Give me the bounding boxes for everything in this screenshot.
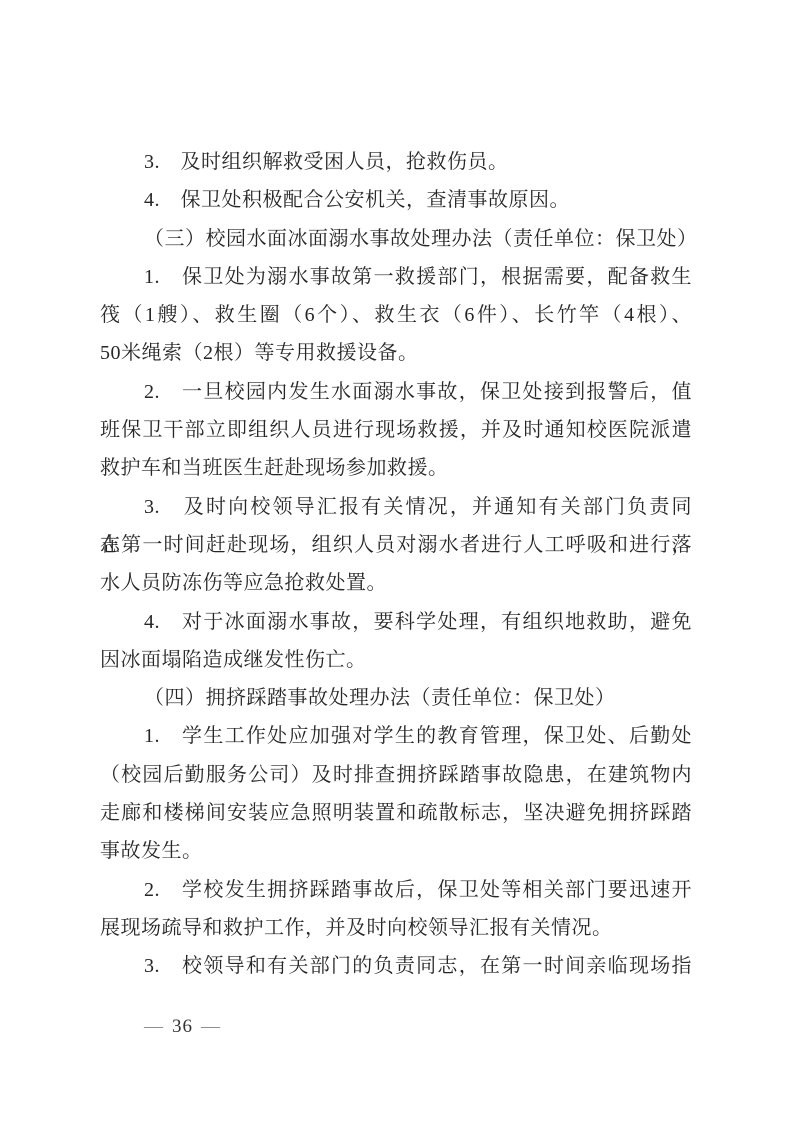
document-page: 3. 及时组织解救受困人员，抢救伤员。 4. 保卫处积极配合公安机关，查清事故原… xyxy=(0,0,793,1122)
body-line: 走廊和楼梯间安装应急照明装置和疏散标志，坚决避免拥挤踩踏 xyxy=(100,794,692,832)
list-item-line: 1. 保卫处为溺水事故第一救援部门，根据需要，配备救生 xyxy=(100,258,692,296)
body-line: 展现场疏导和救护工作，并及时向校领导汇报有关情况。 xyxy=(100,909,692,947)
page-number-dash: — xyxy=(138,1016,170,1037)
body-line: 水人员防冻伤等应急抢救处置。 xyxy=(100,564,692,602)
body-line: （校园后勤服务公司）及时排查拥挤踩踏事故隐患，在建筑物内 xyxy=(100,756,692,794)
body-line: 因冰面塌陷造成继发性伤亡。 xyxy=(100,641,692,679)
section-heading: （四）拥挤踩踏事故处理办法（责任单位：保卫处） xyxy=(100,679,692,717)
body-line: 筏（1艘）、救生圈（6个）、救生衣（6件）、长竹竿（4根）、 xyxy=(100,296,692,334)
list-item-line: 4. 对于冰面溺水事故，要科学处理，有组织地救助，避免 xyxy=(100,603,692,641)
page-number-value: 36 xyxy=(170,1016,195,1037)
page-number: —36— xyxy=(138,1014,227,1040)
list-item-line: 3. 校领导和有关部门的负责同志，在第一时间亲临现场指 xyxy=(100,947,692,985)
page-number-dash: — xyxy=(195,1016,227,1037)
list-item-line: 4. 保卫处积极配合公安机关，查清事故原因。 xyxy=(100,181,692,219)
body-line: 事故发生。 xyxy=(100,832,692,870)
list-item-line: 2. 学校发生拥挤踩踏事故后，保卫处等相关部门要迅速开 xyxy=(100,871,692,909)
body-line: 50米绳索（2根）等专用救援设备。 xyxy=(100,334,692,372)
list-item-line: 3. 及时组织解救受困人员，抢救伤员。 xyxy=(100,143,692,181)
body-line: 在第一时间赶赴现场，组织人员对溺水者进行人工呼吸和进行落 xyxy=(100,526,692,564)
section-heading: （三）校园水面冰面溺水事故处理办法（责任单位：保卫处） xyxy=(100,220,692,258)
list-item-line: 1. 学生工作处应加强对学生的教育管理，保卫处、后勤处 xyxy=(100,717,692,755)
document-body: 3. 及时组织解救受困人员，抢救伤员。 4. 保卫处积极配合公安机关，查清事故原… xyxy=(100,143,692,986)
list-item-line: 2. 一旦校园内发生水面溺水事故，保卫处接到报警后，值 xyxy=(100,373,692,411)
body-line: 班保卫干部立即组织人员进行现场救援，并及时通知校医院派遣 xyxy=(100,411,692,449)
body-line: 救护车和当班医生赶赴现场参加救援。 xyxy=(100,449,692,487)
list-item-line: 3. 及时向校领导汇报有关情况，并通知有关部门负责同志， xyxy=(100,488,692,526)
